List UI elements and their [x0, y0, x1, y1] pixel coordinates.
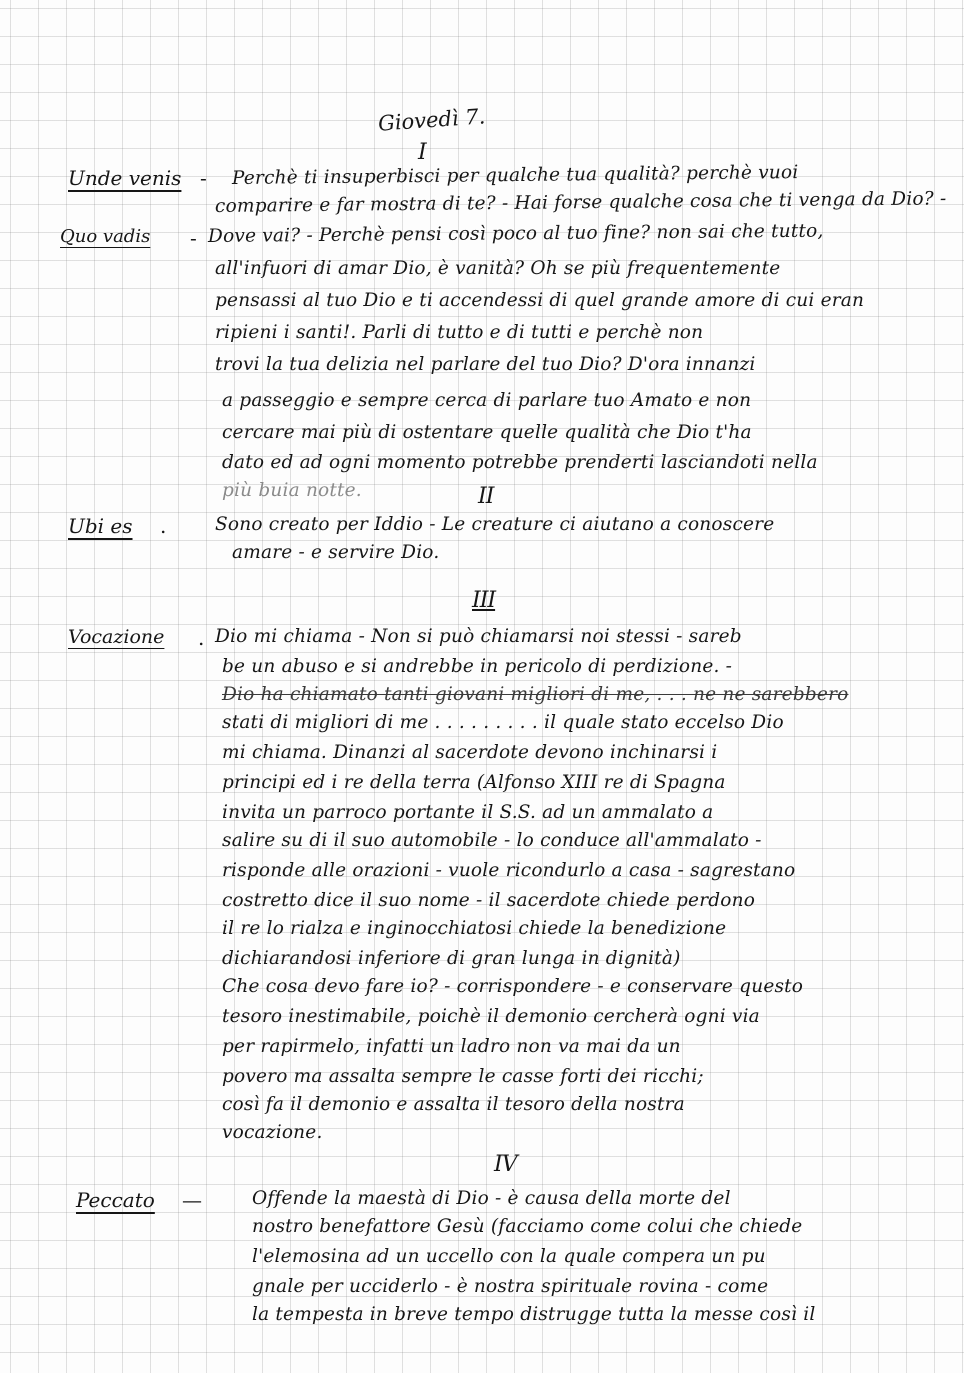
text-line: così fa il demonio e assalta il tesoro d…: [222, 1094, 685, 1115]
text-line: per rapirmelo, infatti un ladro non va m…: [222, 1036, 681, 1057]
text-line: trovi la tua delizia nel parlare del tuo…: [215, 354, 756, 375]
text-line: ripieni i santi!. Parli di tutto e di tu…: [215, 322, 703, 343]
text-line: amare - e servire Dio.: [232, 542, 439, 563]
text-line: Dio mi chiama - Non si può chiamarsi noi…: [215, 626, 742, 647]
entry-separator: —: [182, 1188, 202, 1212]
section-numeral-4: IV: [494, 1152, 517, 1177]
text-line: stati di migliori di me . . . . . . . . …: [222, 712, 784, 733]
text-line: Perchè ti insuperbisci per qualche tua q…: [232, 162, 799, 189]
text-line: dichiarandosi inferiore di gran lunga in…: [222, 948, 681, 969]
entry-label-unde-venis: Unde venis: [68, 166, 181, 190]
text-line: il re lo rialza e inginocchiatosi chiede…: [222, 918, 726, 939]
text-line: pensassi al tuo Dio e ti accendessi di q…: [215, 290, 864, 311]
section-numeral-2: II: [478, 484, 493, 509]
text-line: costretto dice il suo nome - il sacerdot…: [222, 890, 755, 911]
section-numeral-1: I: [418, 140, 426, 165]
text-line: vocazione.: [222, 1122, 323, 1143]
text-line: tesoro inestimabile, poichè il demonio c…: [222, 1006, 760, 1027]
text-line: invita un parroco portante il S.S. ad un…: [222, 802, 713, 823]
text-line: povero ma assalta sempre le casse forti …: [222, 1066, 704, 1087]
entry-label-vocazione: Vocazione: [68, 626, 164, 648]
entry-label-quo-vadis: Quo vadis: [60, 226, 150, 247]
date-heading: Giovedì 7.: [377, 104, 486, 135]
text-line: l'elemosina ad un uccello con la quale c…: [252, 1246, 766, 1267]
text-line: principi ed i re della terra (Alfonso XI…: [222, 772, 726, 793]
text-line: dato ed ad ogni momento potrebbe prender…: [222, 452, 818, 473]
text-line: be un abuso e si andrebbe in pericolo di…: [222, 656, 732, 677]
text-line: mi chiama. Dinanzi al sacerdote devono i…: [222, 742, 717, 763]
entry-separator: -: [200, 166, 207, 190]
entry-label-ubi-es: Ubi es: [68, 514, 133, 538]
text-line-faint: più buia notte.: [222, 480, 362, 501]
text-line-struck: Dio ha chiamato tanti giovani migliori d…: [222, 684, 848, 705]
entry-label-peccato: Peccato: [76, 1188, 155, 1212]
text-line: Sono creato per Iddio - Le creature ci a…: [215, 514, 774, 535]
text-line: all'infuori di amar Dio, è vanità? Oh se…: [215, 258, 780, 279]
handwritten-notebook-page: Giovedì 7. I Unde venis - Perchè ti insu…: [0, 0, 964, 1373]
text-line: gnale per ucciderlo - è nostra spiritual…: [252, 1276, 768, 1297]
text-line: Dove vai? - Perchè pensi così poco al tu…: [208, 221, 824, 247]
section-numeral-3: III: [472, 588, 495, 613]
text-line: la tempesta in breve tempo distrugge tut…: [252, 1304, 815, 1325]
text-line: salire su di il suo automobile - lo cond…: [222, 830, 762, 851]
text-line: a passeggio e sempre cerca di parlare tu…: [222, 390, 751, 411]
text-line: cercare mai più di ostentare quelle qual…: [222, 422, 752, 443]
text-line: Offende la maestà di Dio - è causa della…: [252, 1188, 731, 1209]
entry-separator: .: [198, 626, 204, 650]
text-line: Che cosa devo fare io? - corrispondere -…: [222, 976, 803, 997]
text-line: comparire e far mostra di te? - Hai fors…: [215, 188, 947, 217]
text-line: risponde alle orazioni - vuole ricondurl…: [222, 860, 795, 881]
entry-separator: .: [160, 514, 166, 538]
text-line: nostro benefattore Gesù (facciamo come c…: [252, 1216, 802, 1237]
entry-separator: -: [190, 226, 197, 250]
